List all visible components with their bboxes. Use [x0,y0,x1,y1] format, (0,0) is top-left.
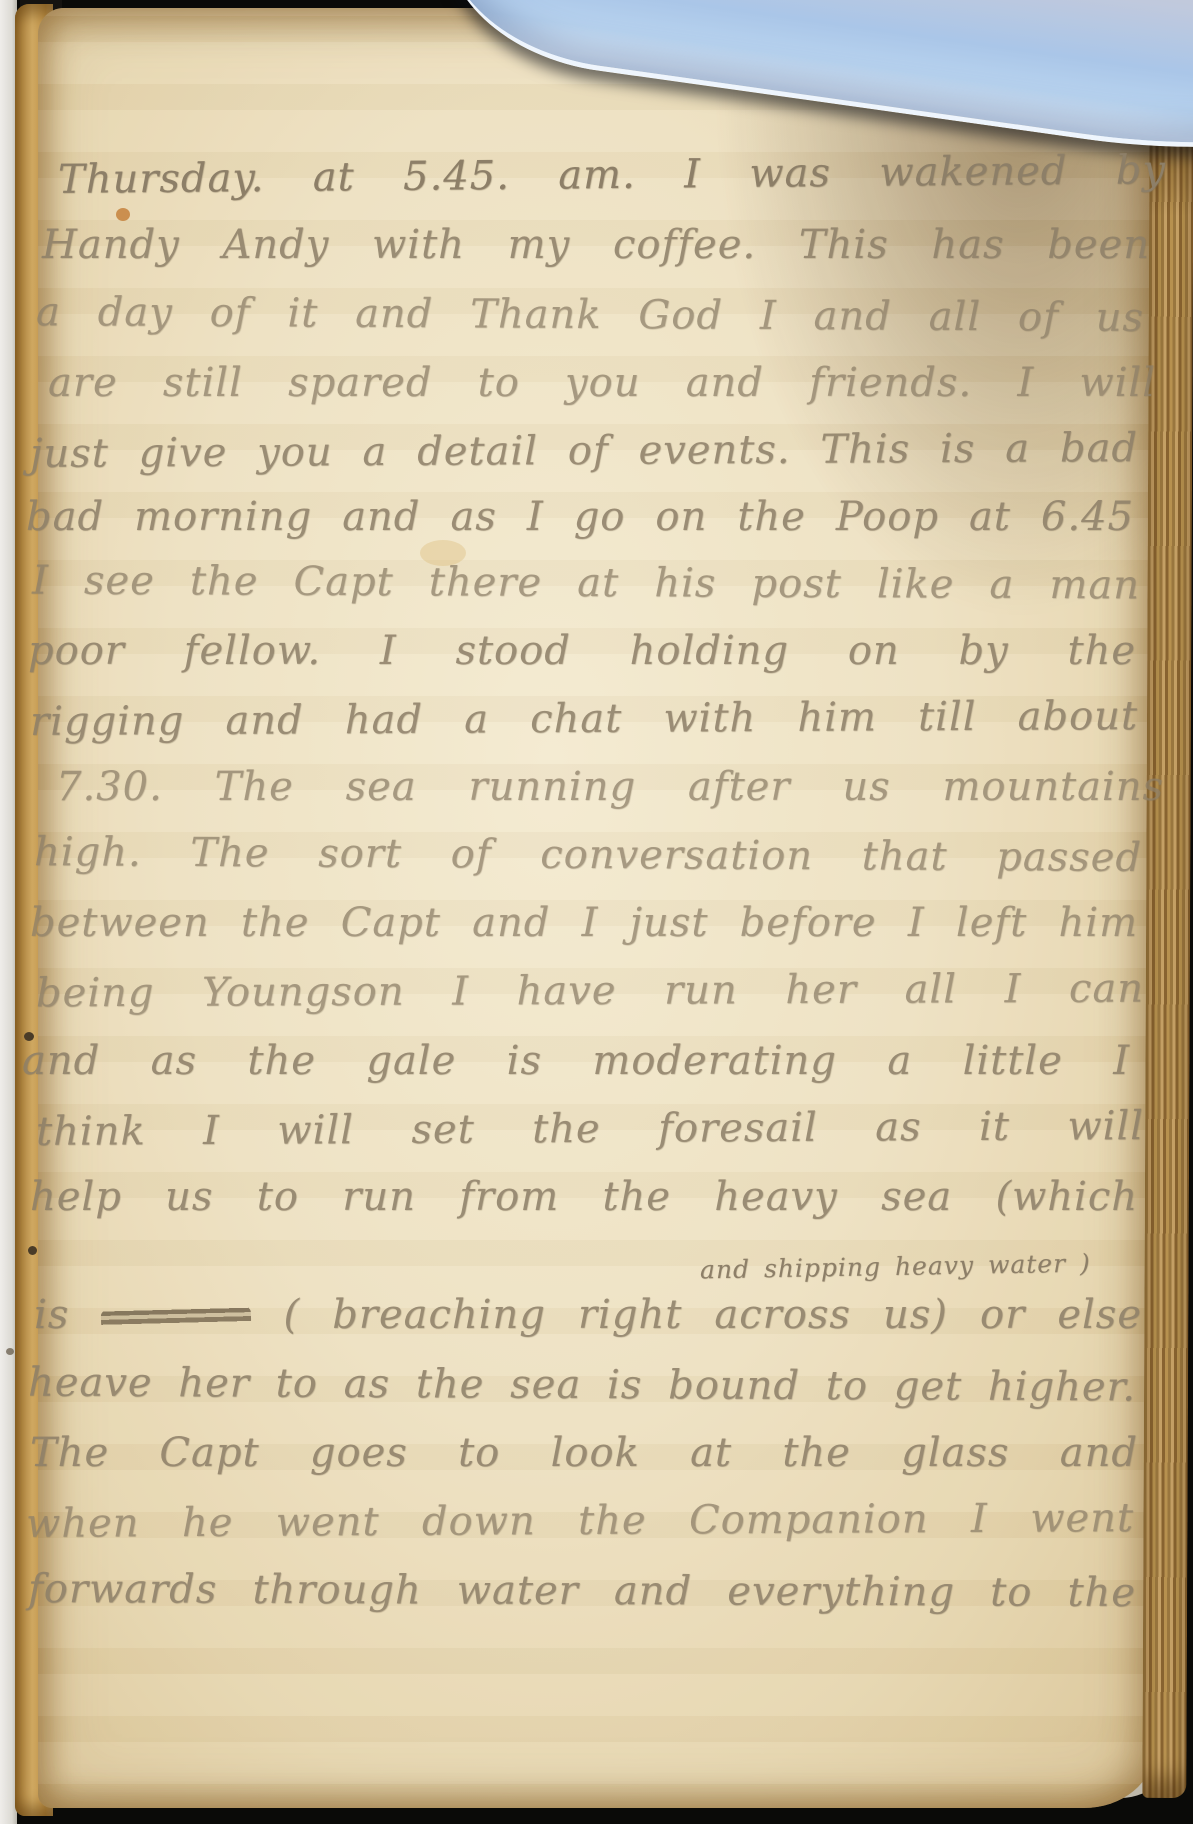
scribbled-out-word [101,1305,252,1331]
diary-line: heave her to as the sea is bound to get … [28,1360,1136,1411]
interline-insertion: and shipping heavy water ) [700,1249,1091,1285]
diary-line: think I will set the foresail as it will [36,1103,1144,1155]
diary-line: between the Capt and I just before I lef… [30,900,1138,946]
handwriting-layer: Thursday. at 5.45. am. I was wakened by … [0,0,1193,1824]
diary-line: are still spared to you and friends. I w… [48,360,1156,406]
diary-line: poor fellow. I stood holding on by the [28,628,1136,674]
diary-line: and as the gale is moderating a little I [22,1038,1130,1084]
diary-line: I see the Capt there at his post like a … [32,558,1140,609]
diary-line: when he went down the Companion I went [26,1495,1134,1547]
diary-line: help us to run from the heavy sea (which [30,1174,1138,1220]
photo-of-diary: Thursday. at 5.45. am. I was wakened by … [0,0,1193,1824]
diary-line: being Youngson I have run her all I can [36,966,1144,1017]
diary-line: 7.30. The sea running after us mountains [56,764,1164,810]
diary-line: The Capt goes to look at the glass and [30,1430,1138,1476]
diary-line: high. The sort of conversation that pass… [34,829,1142,881]
strike-line-post: ( breaching right across us) or else [284,1292,1142,1338]
diary-line: just give you a detail of events. This i… [30,425,1138,477]
diary-line: forwards through water and everything to… [28,1566,1136,1616]
diary-line: Handy Andy with my coffee. This has been [42,222,1150,268]
strike-line-pre: is [34,1292,69,1338]
diary-line: bad morning and as I go on the Poop at 6… [26,494,1134,540]
diary-line-with-strikeout: is ( breaching right across us) or else [34,1292,1142,1338]
diary-line: Thursday. at 5.45. am. I was wakened by [58,147,1166,203]
diary-line: rigging and had a chat with him till abo… [30,693,1138,745]
diary-line: a day of it and Thank God I and all of u… [36,289,1144,341]
